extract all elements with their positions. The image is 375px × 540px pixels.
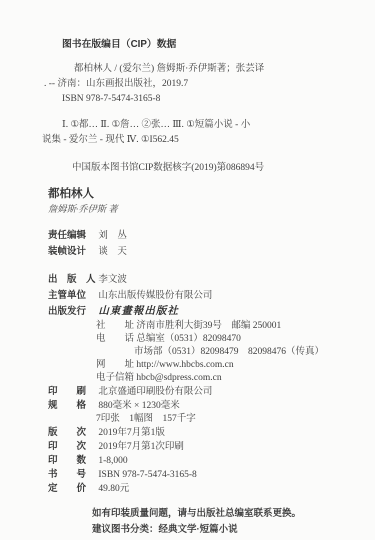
credit-row: 责任编辑 刘 丛 bbox=[48, 228, 375, 244]
pub-sublabel: 电 话 bbox=[96, 333, 134, 346]
pub-row-address: 社 址 济南市胜利大街39号 邮编 250001 bbox=[48, 320, 375, 333]
pub-row-price: 定 价 49.80元 bbox=[48, 482, 375, 496]
publishing-block: 出 版 人 李文波 主管单位 山东出版传媒股份有限公司 出版发行 山東畫報出版社… bbox=[0, 272, 375, 496]
copyright-page: 图书在版编目（CIP）数据 都柏林人 / (爱尔兰) 詹姆斯·乔伊斯著；张芸译 … bbox=[0, 0, 375, 540]
pub-label: 印 数 bbox=[48, 454, 96, 467]
cip-record-line: 都柏林人 / (爱尔兰) 詹姆斯·乔伊斯著；张芸译 bbox=[74, 62, 375, 77]
pub-value: 2019年7月第1版 bbox=[98, 428, 165, 438]
pub-value: 7印张 1幅图 157千字 bbox=[96, 414, 196, 424]
pub-label: 出 版 人 bbox=[48, 272, 96, 287]
pub-value: 总编室（0531）82098470 bbox=[136, 334, 241, 344]
book-author: 詹姆斯·乔伊斯 著 bbox=[48, 202, 375, 218]
book-block: 都柏林人 詹姆斯·乔伊斯 著 bbox=[0, 187, 375, 218]
pub-sublabel: 电子信箱 bbox=[96, 372, 134, 385]
pub-label: 出版发行 bbox=[48, 304, 96, 319]
pub-label: 印 刷 bbox=[48, 385, 96, 398]
pub-label: 规 格 bbox=[48, 399, 96, 412]
pub-row-supervisor: 主管单位 山东出版传媒股份有限公司 bbox=[48, 288, 375, 304]
pub-label: 定 价 bbox=[48, 482, 96, 495]
pub-value: 北京盛通印刷股份有限公司 bbox=[98, 387, 212, 397]
cip-registration: 中国版本图书馆CIP数据核字(2019)第086894号 bbox=[72, 161, 375, 176]
credit-value: 刘 丛 bbox=[98, 231, 127, 241]
pub-row-printer: 印 刷 北京盛通印刷股份有限公司 bbox=[48, 385, 375, 399]
pub-label: 主管单位 bbox=[48, 288, 96, 303]
pub-row-isbn: 书 号 ISBN 978-7-5474-3165-8 bbox=[48, 468, 375, 482]
credit-row: 装帧设计 谈 天 bbox=[48, 244, 375, 260]
book-title: 都柏林人 bbox=[48, 187, 375, 202]
category-note: 建议图书分类：经典文学·短篇小说 bbox=[92, 522, 375, 538]
notes-block: 如有印装质量问题，请与出版社总编室联系更换。 建议图书分类：经典文学·短篇小说 bbox=[0, 506, 375, 538]
cip-class-line: 说集 - 爱尔兰 - 现代 Ⅳ. ①I562.45 bbox=[42, 133, 375, 148]
pub-sublabel: 网 址 bbox=[96, 359, 134, 372]
pub-value: 济南市胜利大街39号 邮编 250001 bbox=[136, 321, 281, 331]
pub-label: 版 次 bbox=[48, 426, 96, 439]
pub-row-impression: 印 次 2019年7月第1次印刷 bbox=[48, 440, 375, 454]
cip-class-line: Ⅰ. ①都… Ⅱ. ①詹… ②张… Ⅲ. ①短篇小说 - 小 bbox=[62, 118, 375, 133]
pub-value: hbcb@sdpress.com.cn bbox=[136, 373, 221, 383]
pub-row-phone2: 市场部（0531）82098479 82098476（传真） bbox=[48, 346, 375, 359]
pub-value: 1-8,000 bbox=[98, 456, 127, 466]
pub-row-phone: 电 话 总编室（0531）82098470 bbox=[48, 333, 375, 346]
pub-value: ISBN 978-7-5474-3165-8 bbox=[98, 470, 196, 480]
pub-row-printrun: 印 数 1-8,000 bbox=[48, 454, 375, 468]
credit-value: 谈 天 bbox=[98, 247, 127, 257]
credit-label: 责任编辑 bbox=[48, 228, 96, 243]
cip-block: 图书在版编目（CIP）数据 都柏林人 / (爱尔兰) 詹姆斯·乔伊斯著；张芸译 … bbox=[0, 36, 375, 176]
pub-value: http://www.hbcbs.com.cn bbox=[136, 360, 233, 370]
pub-value: 2019年7月第1次印刷 bbox=[98, 442, 184, 452]
pub-row-publisher: 出版发行 山東畫報出版社 bbox=[48, 304, 375, 320]
pub-row-format2: 7印张 1幅图 157千字 bbox=[48, 413, 375, 426]
pub-row-publisher-person: 出 版 人 李文波 bbox=[48, 272, 375, 288]
pub-row-website: 网 址 http://www.hbcbs.com.cn bbox=[48, 359, 375, 372]
pub-label: 书 号 bbox=[48, 468, 96, 481]
pub-row-format: 规 格 880毫米 × 1230毫米 bbox=[48, 399, 375, 413]
cip-record-isbn: ISBN 978-7-5474-3165-8 bbox=[62, 92, 375, 107]
cip-heading: 图书在版编目（CIP）数据 bbox=[62, 36, 375, 50]
credits-block: 责任编辑 刘 丛 装帧设计 谈 天 bbox=[0, 228, 375, 260]
pub-label: 印 次 bbox=[48, 440, 96, 453]
cip-record-line: . -- 济南：山东画报出版社，2019.7 bbox=[44, 77, 375, 92]
pub-value: 李文波 bbox=[98, 275, 127, 285]
pub-value: 山东出版传媒股份有限公司 bbox=[98, 291, 212, 301]
publisher-logotype: 山東畫報出版社 bbox=[98, 306, 179, 317]
credit-label: 装帧设计 bbox=[48, 244, 96, 259]
quality-note: 如有印装质量问题，请与出版社总编室联系更换。 bbox=[92, 506, 375, 522]
pub-value: 880毫米 × 1230毫米 bbox=[98, 401, 179, 411]
pub-value: 49.80元 bbox=[98, 484, 129, 494]
cip-classification: Ⅰ. ①都… Ⅱ. ①詹… ②张… Ⅲ. ①短篇小说 - 小 说集 - 爱尔兰 … bbox=[42, 118, 375, 148]
pub-value: 市场部（0531）82098479 82098476（传真） bbox=[134, 347, 324, 357]
pub-row-email: 电子信箱 hbcb@sdpress.com.cn bbox=[48, 372, 375, 385]
pub-row-edition: 版 次 2019年7月第1版 bbox=[48, 426, 375, 440]
pub-sublabel: 社 址 bbox=[96, 320, 134, 333]
